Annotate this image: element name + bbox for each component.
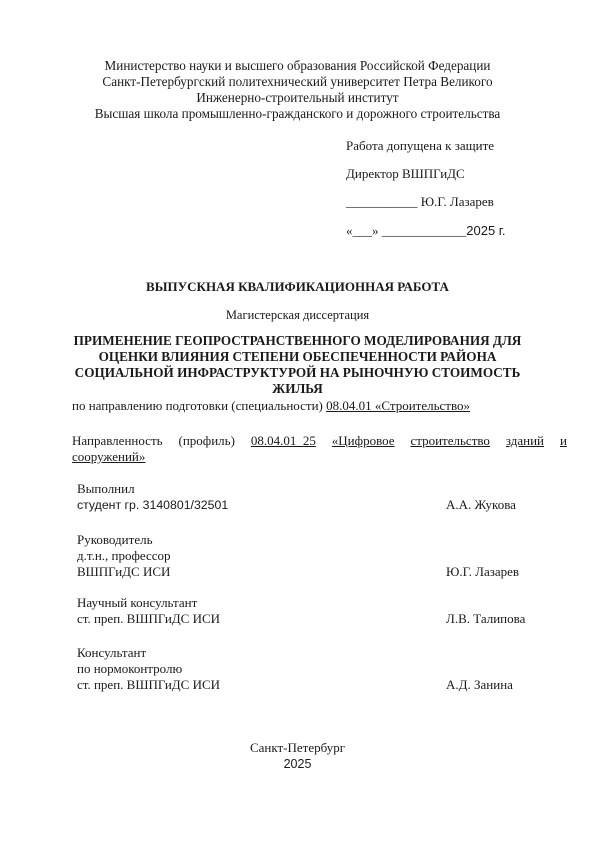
approval-date-line: «___» _____________2025 г. [346,223,506,239]
role-line: д.т.н., профессор [77,548,171,564]
approval-signature-line: ___________ Ю.Г. Лазарев [346,194,494,210]
signature-norm-consultant-role: Консультант по нормоконтролю ст. преп. В… [77,645,220,693]
profile-label-1: Направленность [72,433,163,449]
signature-supervisor-name: Ю.Г. Лазарев [446,564,519,580]
footer-city: Санкт-Петербург [0,740,595,756]
profile-value-word: и [560,433,567,449]
university-line: Санкт-Петербургский политехнический унив… [0,74,595,90]
role-line: Выполнил [77,481,228,497]
role-line: ст. преп. ВШПГиДС ИСИ [77,677,220,693]
thesis-title: ПРИМЕНЕНИЕ ГЕОПРОСТРАНСТВЕННОГО МОДЕЛИРО… [0,333,595,397]
direction-value: 08.04.01 «Строительство» [326,398,470,413]
signature-performer-role: Выполнил студент гр. 3140801/32501 [77,481,228,513]
footer: Санкт-Петербург 2025 [0,740,595,772]
thesis-title-line: ОЦЕНКИ ВЛИЯНИЯ СТЕПЕНИ ОБЕСПЕЧЕННОСТИ РА… [0,349,595,365]
profile-value-word: 08.04.01_25 [251,433,316,449]
ministry-line: Министерство науки и высшего образования… [0,58,595,74]
date-year: 2025 г. [466,223,505,238]
institute-line: Инженерно-строительный институт [0,90,595,106]
thesis-title-line: ЖИЛЬЯ [0,381,595,397]
approval-admitted: Работа допущена к защите [346,138,494,154]
date-day-blank[interactable]: ___ [353,223,373,238]
role-line: ВШПГиДС ИСИ [77,564,171,580]
date-close-quote: » [372,223,379,238]
signature-sci-consultant-name: Л.В. Талипова [446,611,525,627]
role-line: ст. преп. ВШПГиДС ИСИ [77,611,220,627]
profile-value-line2: сооружений» [72,449,145,464]
signature-blank[interactable]: ___________ [346,194,418,209]
signature-sci-consultant-role: Научный консультант ст. преп. ВШПГиДС ИС… [77,595,220,627]
institution-header: Министерство науки и высшего образования… [0,58,595,122]
role-line: по нормоконтролю [77,661,220,677]
role-line: Научный консультант [77,595,220,611]
profile-value-word: зданий [506,433,544,449]
role-line: Консультант [77,645,220,661]
signature-supervisor-role: Руководитель д.т.н., профессор ВШПГиДС И… [77,532,171,580]
profile-block: Направленность (профиль) 08.04.01_25 «Ци… [72,433,567,465]
signature-norm-consultant-name: А.Д. Занина [446,677,513,693]
profile-value-word: «Цифровое [332,433,395,449]
director-name: Ю.Г. Лазарев [421,194,494,209]
work-type-heading: ВЫПУСКНАЯ КВАЛИФИКАЦИОННАЯ РАБОТА [0,279,595,295]
thesis-title-line: СОЦИАЛЬНОЙ ИНФРАСТРУКТУРОЙ НА РЫНОЧНУЮ С… [0,365,595,381]
date-month-blank[interactable]: _____________ [382,223,467,238]
work-subtype: Магистерская диссертация [0,308,595,323]
profile-label-2: (профиль) [179,433,235,449]
role-line: Руководитель [77,532,171,548]
approval-position: Директор ВШПГиДС [346,166,465,182]
signature-performer-name: А.А. Жукова [446,497,516,513]
profile-value-word: строительство [410,433,489,449]
footer-year: 2025 [0,756,595,772]
school-line: Высшая школа промышленно-гражданского и … [0,106,595,122]
thesis-title-line: ПРИМЕНЕНИЕ ГЕОПРОСТРАНСТВЕННОГО МОДЕЛИРО… [0,333,595,349]
direction-line: по направлению подготовки (специальности… [72,398,470,414]
direction-prefix: по направлению подготовки (специальности… [72,398,323,413]
role-line: студент гр. 3140801/32501 [77,497,228,513]
